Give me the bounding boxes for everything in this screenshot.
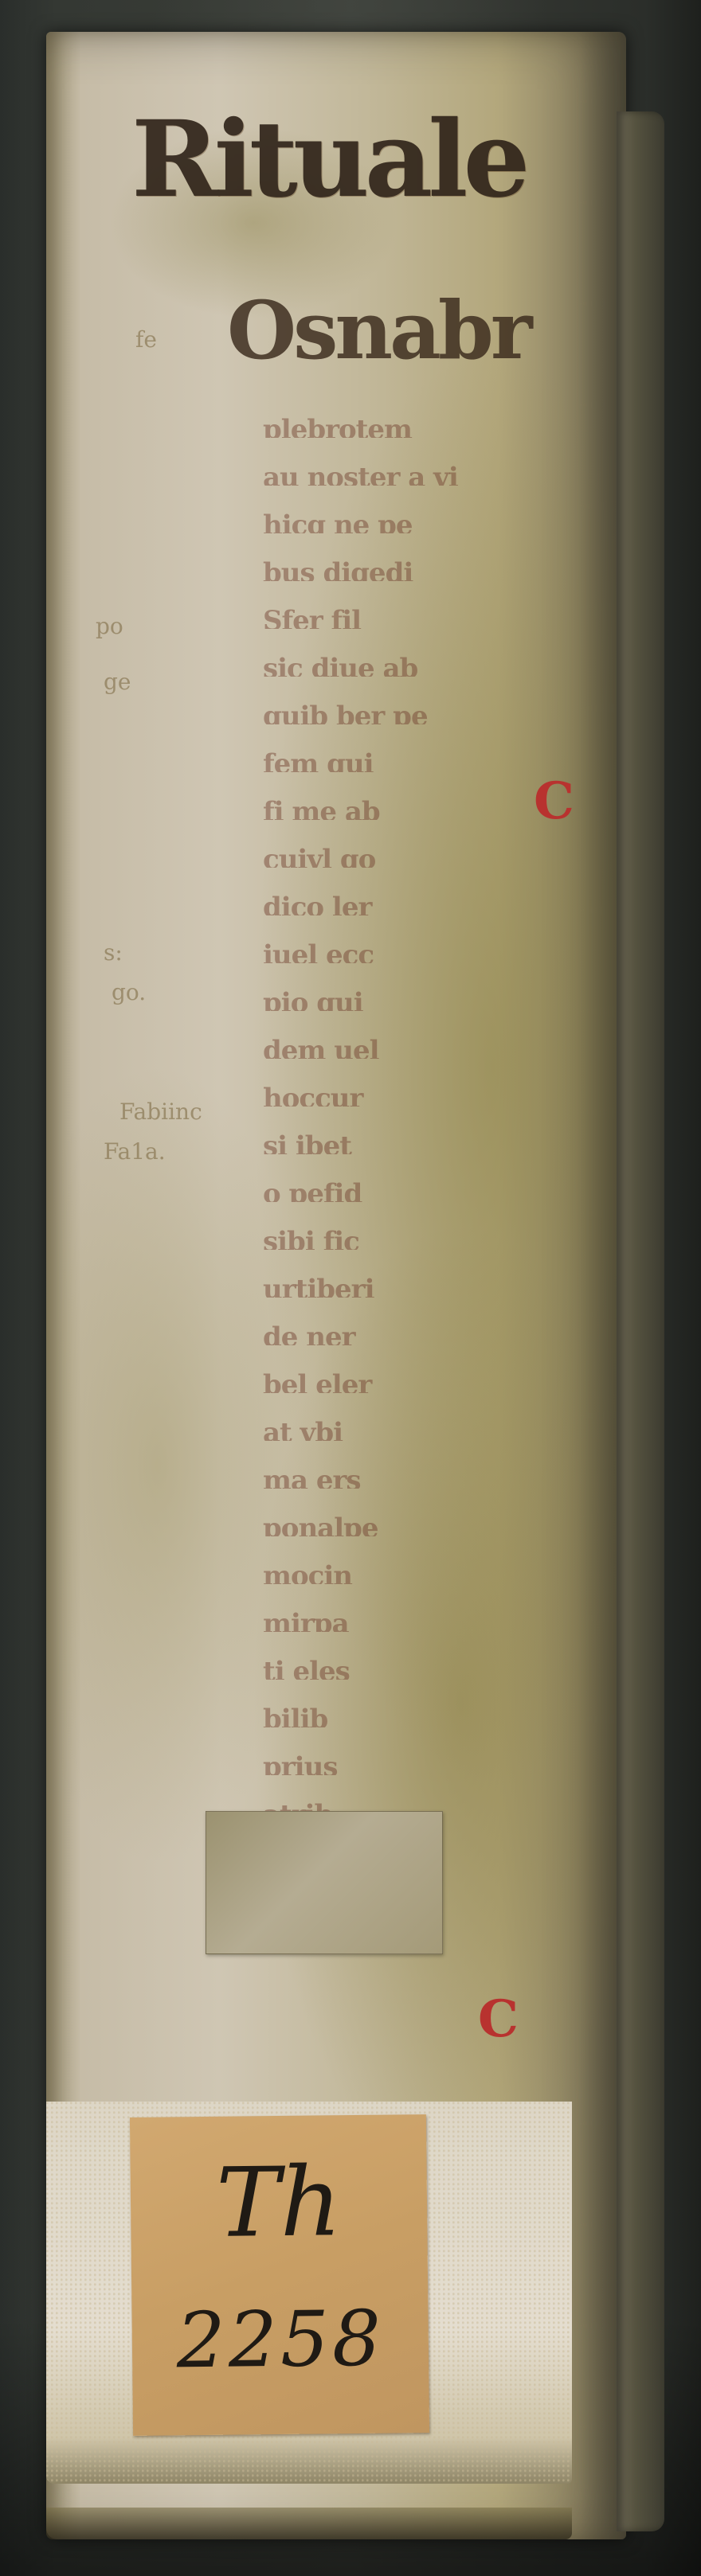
bleed-line: fi me ab <box>263 796 566 820</box>
bleed-line: sic diue ab <box>263 653 566 677</box>
margin-note: po <box>96 613 123 639</box>
margin-note: go. <box>112 979 146 1005</box>
margin-note: fe <box>135 326 157 353</box>
spine-subtitle: Osnabr <box>227 291 530 370</box>
bleed-line: fem qui <box>263 748 566 772</box>
bleed-line: o pefid <box>263 1178 566 1202</box>
margin-note: Fa1a. <box>104 1138 166 1165</box>
bleed-line: ma ers <box>263 1465 566 1489</box>
bleed-line: de ner <box>263 1321 566 1345</box>
bleed-line: ponalpe <box>263 1512 566 1536</box>
red-initial: C <box>478 1994 519 2045</box>
vellum-repair-patch <box>206 1811 443 1954</box>
bleed-line: plebrotem <box>263 414 566 438</box>
bleed-line: prius <box>263 1751 566 1775</box>
bleed-line: bus diqedi <box>263 557 566 581</box>
bleed-line: ti eles <box>263 1656 566 1680</box>
bleed-line: cuivl go <box>263 844 566 868</box>
manuscript-bleed-through: plebrotem au noster a vi hicq ne pe bus … <box>263 414 566 1966</box>
bleed-line: hicq ne pe <box>263 509 566 533</box>
margin-note: ge <box>104 669 131 695</box>
spine-bottom-wear <box>46 2508 572 2539</box>
shelfmark-number: 2258 <box>131 2293 429 2386</box>
shelfmark-prefix: Th <box>130 2146 427 2260</box>
bleed-line: iuel ecc <box>263 939 566 963</box>
bleed-line: at vbi <box>263 1417 566 1441</box>
bleed-line: dem uel <box>263 1035 566 1059</box>
bleed-line: sibi fic <box>263 1226 566 1250</box>
bleed-line: hoccur <box>263 1083 566 1107</box>
shelfmark-label: Th 2258 <box>130 2114 429 2436</box>
bleed-line: Sfer fil <box>263 605 566 629</box>
bleed-line: au noster a vi <box>263 462 566 486</box>
spine-title: Rituale <box>131 107 525 213</box>
bleed-line: si ibet <box>263 1130 566 1154</box>
bleed-line: pio qui <box>263 987 566 1011</box>
bleed-line: quib ber pe <box>263 701 566 724</box>
margin-note: s: <box>104 939 123 966</box>
spine-fore-edge <box>617 111 664 2531</box>
bleed-line: bel eler <box>263 1369 566 1393</box>
bleed-line: dico ler <box>263 892 566 915</box>
red-initial: C <box>534 776 574 827</box>
margin-note: Fabiinc <box>119 1099 202 1125</box>
bleed-line: bilib <box>263 1704 566 1727</box>
bleed-line: mocin <box>263 1560 566 1584</box>
bleed-line: urtiberi <box>263 1274 566 1298</box>
bleed-line: mirpa <box>263 1608 566 1632</box>
